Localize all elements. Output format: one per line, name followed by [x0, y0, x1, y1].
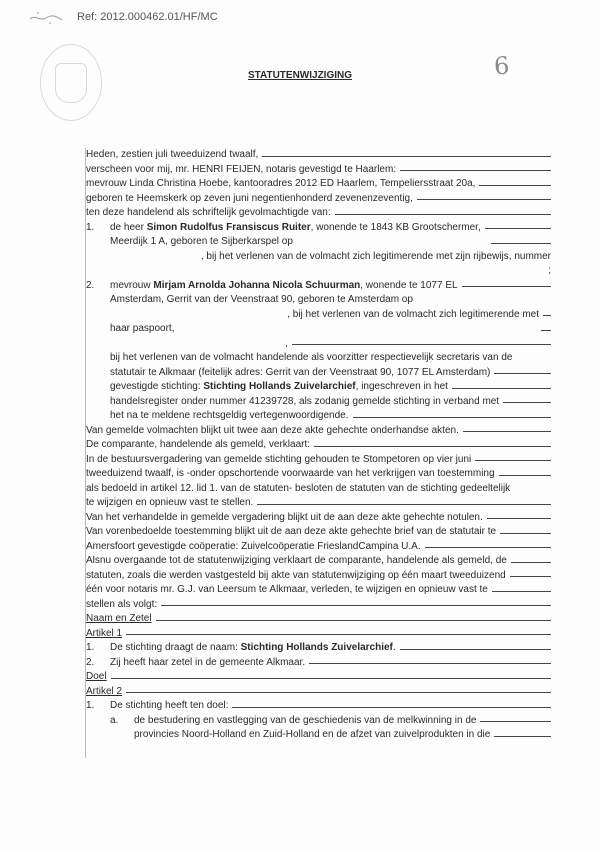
section-heading: Doel [86, 670, 551, 685]
reference-number: Ref: 2012.000462.01/HF/MC [77, 11, 218, 23]
scribble-mark [28, 10, 68, 24]
text-line: provincies Noord-Holland en Zuid-Holland… [86, 728, 551, 743]
article-heading: Artikel 1 [86, 627, 551, 642]
list-item: 1.De stichting heeft ten doel: [86, 699, 551, 714]
text-line: geboren te Heemskerk op zeven juni negen… [86, 192, 551, 207]
text-line: Van het verhandelde in gemelde vergaderi… [86, 511, 551, 526]
text-line: handelsregister onder nummer 41239728, a… [86, 395, 551, 410]
text-line: gevestigde stichting: Stichting Hollands… [86, 380, 551, 395]
article-heading: Artikel 2 [86, 685, 551, 700]
notary-seal [40, 44, 102, 121]
text-line: ; [86, 264, 551, 279]
text-line: Amersfoort gevestigde coöperatie: Zuivel… [86, 540, 551, 555]
section-heading: Naam en Zetel [86, 612, 551, 627]
text-line: , bij het verlenen van de volmacht zich … [86, 308, 551, 323]
text-line: Heden, zestien juli tweeduizend twaalf, [86, 148, 551, 163]
text-line: bij het verlenen van de volmacht handele… [86, 351, 551, 366]
text-line: ten deze handelend als schriftelijk gevo… [86, 206, 551, 221]
list-item: 2.Zij heeft haar zetel in de gemeente Al… [86, 656, 551, 671]
text-line: tweeduizend twaalf, is -onder opschorten… [86, 467, 551, 482]
text-line: In de bestuursvergadering van gemelde st… [86, 453, 551, 468]
text-line: als bedoeld in artikel 12. lid 1. van de… [86, 482, 551, 497]
text-line: te wijzigen en opnieuw vast te stellen. [86, 496, 551, 511]
text-line: Amsterdam, Gerrit van der Veenstraat 90,… [86, 293, 551, 308]
list-item: 1.de heer Simon Rudolfus Fransiscus Ruit… [86, 221, 551, 236]
text-line: stellen als volgt: [86, 598, 551, 613]
list-item: 1.De stichting draagt de naam: Stichting… [86, 641, 551, 656]
list-item: 2.mevrouw Mirjam Arnolda Johanna Nicola … [86, 279, 551, 294]
handwritten-page-number: 6 [493, 52, 510, 81]
text-line: De comparante, handelende als gemeld, ve… [86, 438, 551, 453]
text-line: Van vorenbedoelde toestemming blijkt uit… [86, 525, 551, 540]
coat-of-arms-icon [55, 63, 87, 103]
text-line: Meerdijk 1 A, geboren te Sijberkarspel o… [86, 235, 551, 250]
text-line: , bij het verlenen van de volmacht zich … [86, 250, 551, 265]
list-item: a.de bestudering en vastlegging van de g… [86, 714, 551, 729]
text-line: Van gemelde volmachten blijkt uit twee a… [86, 424, 551, 439]
text-line: verscheen voor mij, mr. HENRI FEIJEN, no… [86, 163, 551, 178]
text-line: Alsnu overgaande tot de statutenwijzigin… [86, 554, 551, 569]
text-line: , [86, 337, 551, 352]
text-line: statuten, zoals die werden vastgesteld b… [86, 569, 551, 584]
text-line: mevrouw Linda Christina Hoebe, kantoorad… [86, 177, 551, 192]
document-body: Heden, zestien juli tweeduizend twaalf, … [86, 148, 551, 743]
text-line: het na te meldene rechtsgeldig vertegenw… [86, 409, 551, 424]
text-line: statutair te Alkmaar (feitelijk adres: G… [86, 366, 551, 381]
text-line: één voor notaris mr. G.J. van Leersum te… [86, 583, 551, 598]
text-line: haar paspoort, [86, 322, 551, 337]
